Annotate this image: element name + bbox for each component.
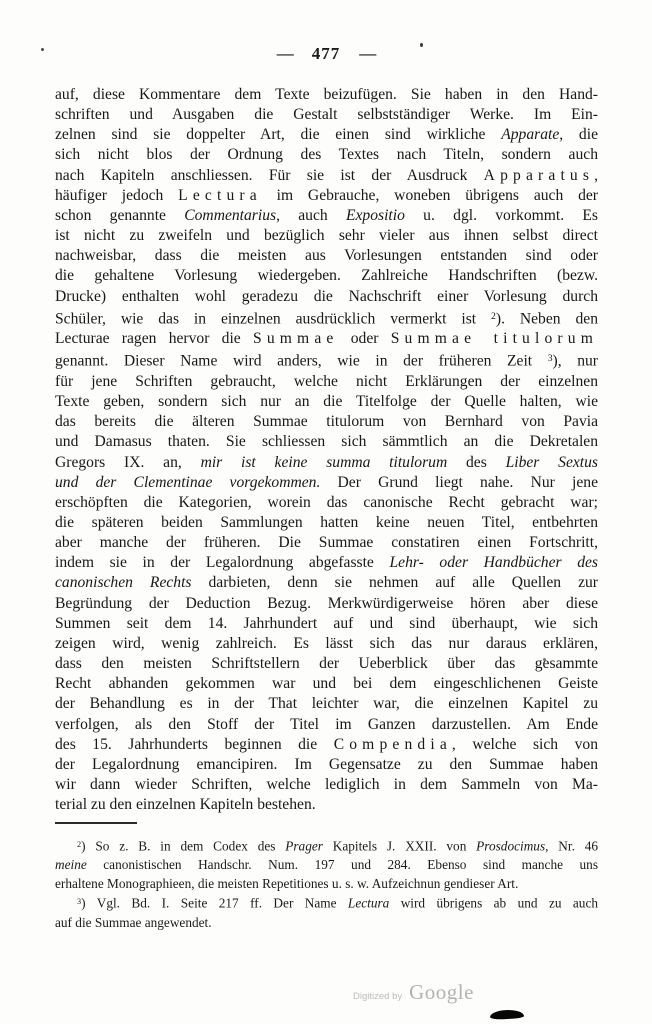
body-text: auf, diese Kommentare dem Texte beizufüg… [55, 85, 598, 815]
text-line: auf, diese Kommentare dem Texte beizufüg… [55, 85, 598, 105]
text-line: die späteren beiden Sammlungen hatten ke… [55, 513, 598, 533]
text-line: ist nicht zu zweifeln und bezüglich sehr… [55, 226, 598, 246]
text-line: verfolgen, als den Stoff der Titel im Ga… [55, 715, 598, 735]
text-line: der Behandlung es in der That leichter w… [55, 694, 598, 714]
text-line: erschöpften die Kategorien, worein das c… [55, 493, 598, 513]
text-line: 2) So z. B. in dem Codex des Prager Kapi… [55, 836, 598, 856]
google-watermark: Digitized by Google [353, 980, 474, 1005]
text-line: indem sie in der Legalordnung abgefasste… [55, 553, 598, 573]
text-line: nach Kapiteln anschliessen. Für sie ist … [55, 166, 598, 186]
text-line: nachweisbar, dass die meisten aus Vorles… [55, 246, 598, 266]
text-line: für jene Schriften gebraucht, welche nic… [55, 372, 598, 392]
scanned-book-page: — 477 — auf, diese Kommentare dem Texte … [0, 0, 652, 1024]
page-header: — 477 — [0, 44, 652, 64]
text-line: meine canonistischen Handschr. Num. 197 … [55, 856, 598, 875]
text-line: und Damasus thaten. Sie schliessen sich … [55, 432, 598, 452]
text-line: zelnen sind sie doppelter Art, die einen… [55, 125, 598, 145]
text-line: die gehaltene Vorlesung wiedergeben. Zah… [55, 266, 598, 286]
text-line: das bereits die älteren Summae titulorum… [55, 412, 598, 432]
text-line: wir dann wieder Schriften, welche ledigl… [55, 775, 598, 795]
text-line: Texte geben, sondern sich nur an die Tit… [55, 392, 598, 412]
text-line: terial zu den einzelnen Kapiteln bestehe… [55, 795, 598, 815]
scan-artifact-dot [41, 48, 44, 51]
text-line: aber manche der früheren. Die Summae con… [55, 533, 598, 553]
text-line: des 15. Jahrhunderts beginnen die Compen… [55, 735, 598, 755]
header-dash-left: — [277, 44, 293, 64]
scan-artifact-blob [490, 1009, 524, 1020]
text-line: 3) Vgl. Bd. I. Seite 217 ff. Der Name Le… [55, 893, 598, 913]
text-line: erhaltene Monographieen, die meisten Rep… [55, 875, 598, 894]
page-number: 477 [312, 44, 341, 64]
scan-artifact-dot [543, 658, 546, 661]
text-line: zeigen wird, wenig zahlreich. Es lässt s… [55, 634, 598, 654]
text-line: Summen seit dem 14. Jahrhundert auf und … [55, 614, 598, 634]
text-line: dass den meisten Schriftstellern der Ueb… [55, 654, 598, 674]
text-line: Drucke) enthalten wohl geradezu die Nach… [55, 287, 598, 307]
text-line: Schüler, wie das in einzelnen ausdrückli… [55, 307, 598, 330]
text-line: genannt. Dieser Name wird anders, wie in… [55, 349, 598, 372]
text-line: schon genannte Commentarius, auch Exposi… [55, 206, 598, 226]
text-line: häufiger jedoch Lectura im Gebrauche, wo… [55, 186, 598, 206]
text-line: schriften und Ausgaben die Gestalt selbs… [55, 105, 598, 125]
text-line: der Legalordnung emancipiren. Im Gegensa… [55, 755, 598, 775]
google-logo: Google [409, 980, 474, 1005]
header-dash-right: — [359, 44, 375, 64]
scan-artifact-dot [420, 43, 423, 47]
text-line: sich nicht blos der Ordnung des Textes n… [55, 145, 598, 165]
text-line: und der Clementinae vorgekommen. Der Gru… [55, 473, 598, 493]
text-line: canonischen Rechts darbieten, denn sie n… [55, 573, 598, 593]
footnotes: 2) So z. B. in dem Codex des Prager Kapi… [55, 836, 598, 932]
footnote-separator [55, 822, 137, 824]
text-line: auf die Summae angewendet. [55, 914, 598, 933]
text-line: Lecturae ragen hervor die Summae oder Su… [55, 329, 598, 349]
digitized-by-label: Digitized by [353, 991, 402, 1002]
text-line: Begründung der Deduction Bezug. Merkwürd… [55, 594, 598, 614]
text-line: Gregors IX. an, mir ist keine summa titu… [55, 453, 598, 473]
text-line: Recht abhanden gekommen war und bei dem … [55, 674, 598, 694]
